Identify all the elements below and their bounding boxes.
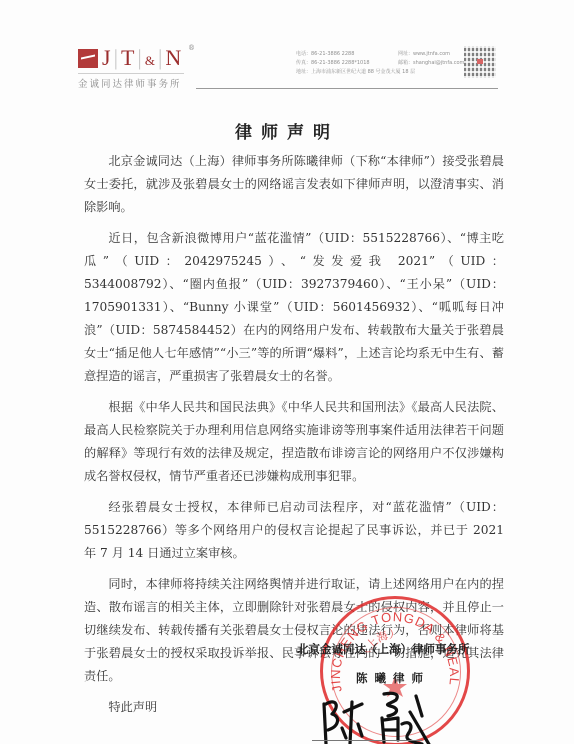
handwritten-signature-icon — [318, 690, 438, 744]
qr-code-icon — [464, 46, 496, 78]
paragraph-intro: 北京金诚同达（上海）律师事务所陈曦律师（下称“本律师”）接受张碧晨女士委托，就涉… — [84, 150, 504, 219]
paragraph-legal-basis: 根据《中华人民共和国民法典》《中华人民共和国刑法》《最高人民法院、最高人民检察院… — [84, 396, 504, 488]
logo-letter-j: J — [102, 45, 112, 70]
contact-fax: 传真：86-21-3886 2288*1018 — [296, 59, 370, 68]
contact-email: 邮箱：shanghai@jtnfa.com — [398, 59, 464, 68]
signature-firm-name: 北京金诚同达（上海）律师事务所 — [297, 641, 470, 657]
document-title: 律师声明 — [0, 118, 574, 143]
paragraph-lawsuit: 经张碧晨女士授权，本律师已启动司法程序，对“蓝花滥情”（UID：55152287… — [84, 496, 504, 565]
paragraph-rumors: 近日，包含新浪微博用户“蓝花滥情”（UID：5515228766）、“博主吃瓜”… — [84, 227, 504, 388]
signature-line — [312, 740, 422, 741]
registered-mark-icon: ® — [188, 44, 195, 52]
firm-name-cn: 金诚同达律师事务所 — [78, 76, 182, 90]
firm-logo: J|T|&|N ® 金诚同达律师事务所 — [78, 47, 198, 87]
signature-lawyer-name: 陈曦律师 — [356, 670, 430, 686]
logo-letters: J|T|&|N — [102, 45, 182, 71]
qr-logo-icon — [477, 59, 483, 64]
logo-letter-n: N — [165, 45, 182, 70]
contact-phone: 电话：86-21-3886 2288 — [296, 50, 354, 59]
logo-letter-t: T — [121, 45, 135, 70]
logo-ampersand: & — [145, 53, 156, 68]
letterhead-divider — [196, 88, 498, 89]
contact-address: 地址：上海市浦东新区世纪大道 88 号金茂大厦 18 层 — [296, 68, 415, 77]
contact-website: 网址：www.jtnfa.com — [398, 50, 450, 59]
logo-divider — [78, 73, 184, 74]
contact-info: 电话：86-21-3886 2288 网址：www.jtnfa.com 传真：8… — [296, 50, 476, 77]
logo-mark-icon — [78, 49, 98, 68]
document-page: J|T|&|N ® 金诚同达律师事务所 电话：86-21-3886 2288 网… — [0, 0, 574, 744]
letterhead: J|T|&|N ® 金诚同达律师事务所 电话：86-21-3886 2288 网… — [0, 0, 574, 95]
